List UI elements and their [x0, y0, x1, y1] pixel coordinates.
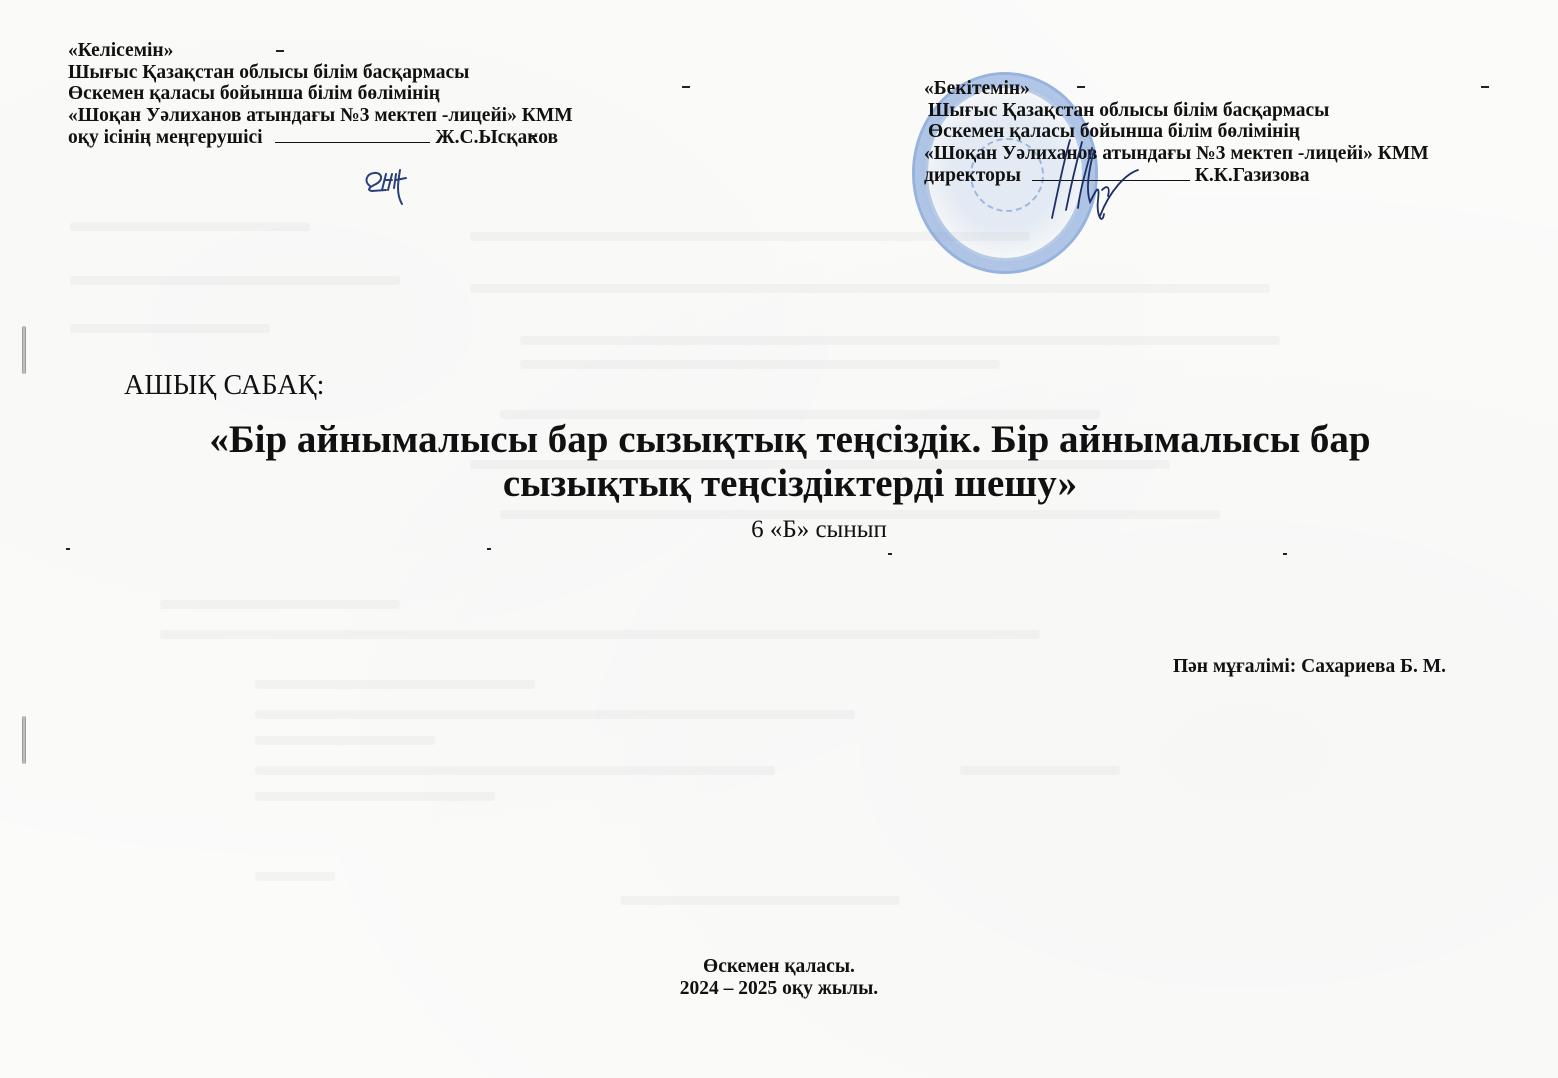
- lesson-title-line: «Бір айнымалысы бар сызықтық теңсіздік. …: [110, 418, 1470, 462]
- signature-underline: [275, 126, 430, 143]
- bleed-through-mark: [160, 600, 400, 609]
- approval-line: Өскемен қаласы бойынша білім бөлімінің: [924, 121, 1429, 143]
- approval-line: Шығыс Қазақстан облысы білім басқармасы: [68, 62, 573, 84]
- approval-signature-line: директоры К.К.Газизова: [924, 164, 1429, 187]
- approval-heading: «Келісемін»: [68, 40, 573, 62]
- dash-mark: [888, 553, 892, 555]
- bleed-through-mark: [255, 792, 495, 801]
- approval-heading: «Бекітемін»: [924, 78, 1429, 100]
- dash-mark: [1481, 86, 1489, 88]
- bleed-through-mark: [520, 336, 1280, 345]
- approval-block-right: «Бекітемін» Шығыс Қазақстан облысы білім…: [924, 78, 1429, 187]
- dash-mark: [487, 548, 491, 550]
- approval-line: Өскемен қаласы бойынша білім бөлімінің: [68, 83, 573, 105]
- bleed-through-mark: [520, 360, 1000, 369]
- bleed-through-mark: [70, 276, 400, 285]
- scanned-paper: «Келісемін» Шығыс Қазақстан облысы білім…: [0, 0, 1558, 1078]
- signatory-name: Ж.С.Ысқаков: [435, 127, 558, 148]
- signatory-name: К.К.Газизова: [1195, 165, 1310, 186]
- bleed-through-mark: [160, 630, 1040, 639]
- staple: [22, 326, 26, 374]
- handwritten-signature: [1030, 130, 1140, 230]
- footer: Өскемен қаласы. 2024 – 2025 оқу жылы.: [0, 956, 1558, 1000]
- lesson-title: «Бір айнымалысы бар сызықтық теңсіздік. …: [110, 418, 1470, 506]
- bleed-through-mark: [255, 766, 775, 775]
- teacher-name: Пән мұғалімі: Сахариева Б. М.: [1173, 656, 1446, 678]
- approval-block-left: «Келісемін» Шығыс Қазақстан облысы білім…: [68, 40, 573, 149]
- bleed-through-mark: [255, 872, 335, 881]
- footer-year: 2024 – 2025 оқу жылы.: [0, 978, 1558, 1000]
- bleed-through-mark: [255, 736, 435, 745]
- lesson-title-line: сызықтық теңсіздіктерді шешу»: [110, 462, 1470, 506]
- lesson-type-label: АШЫҚ САБАҚ:: [124, 370, 325, 402]
- bleed-through-mark: [470, 284, 1270, 293]
- bleed-through-mark: [620, 896, 900, 905]
- bleed-through-mark: [960, 766, 1120, 775]
- position-label: директоры: [924, 165, 1021, 186]
- staple: [22, 716, 26, 764]
- dash-mark: [66, 548, 70, 550]
- class-label: 6 «Б» сынып: [0, 516, 1558, 544]
- handwritten-signature: [356, 160, 416, 208]
- approval-line: «Шоқан Уәлиханов атындағы №3 мектеп -лиц…: [924, 143, 1429, 165]
- approval-line: Шығыс Қазақстан облысы білім басқармасы: [924, 100, 1429, 122]
- bleed-through-mark: [70, 324, 270, 333]
- approval-signature-line: оқу ісінің меңгерушісі Ж.С.Ысқаков: [68, 126, 573, 149]
- approval-line: «Шоқан Уәлиханов атындағы №3 мектеп -лиц…: [68, 105, 573, 127]
- bleed-through-mark: [255, 680, 535, 689]
- footer-city: Өскемен қаласы.: [0, 956, 1558, 978]
- dash-mark: [682, 86, 690, 88]
- bleed-through-mark: [70, 222, 310, 231]
- dash-mark: [1283, 553, 1287, 555]
- bleed-through-mark: [255, 710, 855, 719]
- position-label: оқу ісінің меңгерушісі: [68, 127, 263, 148]
